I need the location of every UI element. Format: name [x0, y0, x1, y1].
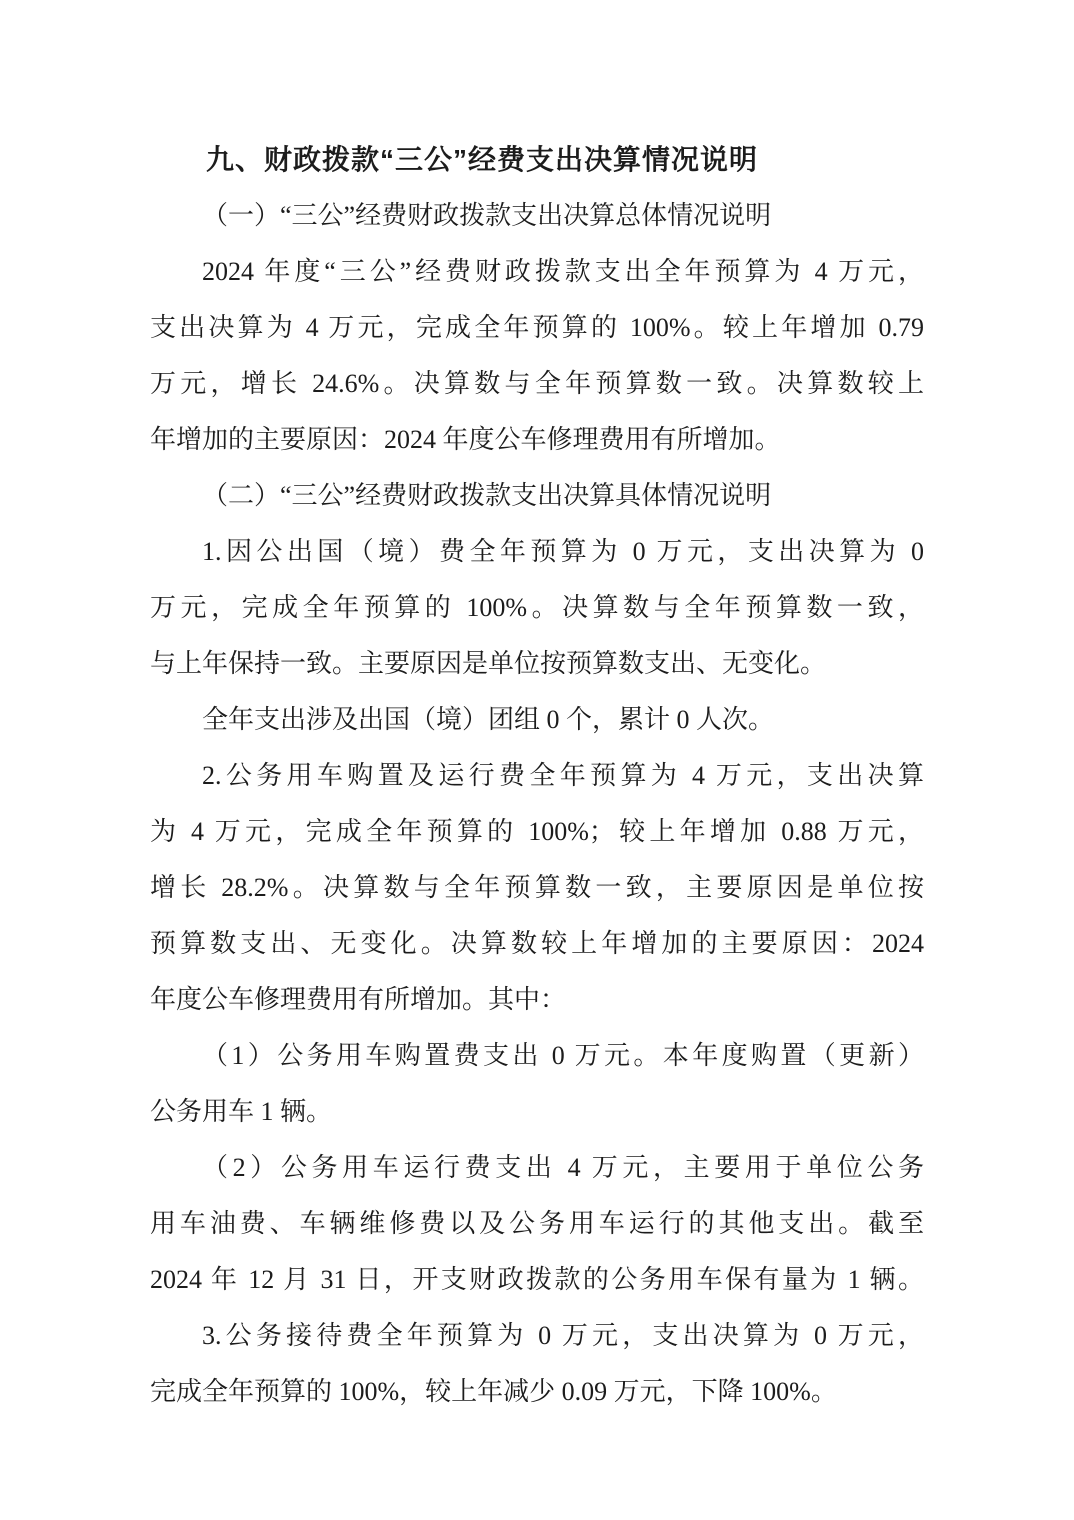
text-line: 年增加的主要原因：2024 年度公车修理费用有所增加。 — [150, 412, 924, 468]
subsection-heading: （一）“三公”经费财政拨款支出决算总体情况说明 — [150, 188, 924, 244]
text-line: （1）公务用车购置费支出 0 万元。本年度购置（更新） — [150, 1028, 924, 1084]
text-line: 用车油费、车辆维修费以及公务用车运行的其他支出。截至 — [150, 1196, 924, 1252]
text-line: 支出决算为 4 万元，完成全年预算的 100%。较上年增加 0.79 — [150, 300, 924, 356]
document-body: 九、财政拨款“三公”经费支出决算情况说明（一）“三公”经费财政拨款支出决算总体情… — [0, 0, 1074, 1420]
text-line: 2024 年 12 月 31 日，开支财政拨款的公务用车保有量为 1 辆。 — [150, 1252, 924, 1308]
text-line: 万元，增长 24.6%。决算数与全年预算数一致。决算数较上 — [150, 356, 924, 412]
section-heading: 九、财政拨款“三公”经费支出决算情况说明 — [150, 132, 924, 188]
text-line: 与上年保持一致。主要原因是单位按预算数支出、无变化。 — [150, 636, 924, 692]
text-line: 全年支出涉及出国（境）团组 0 个，累计 0 人次。 — [150, 692, 924, 748]
text-line: 完成全年预算的 100%，较上年减少 0.09 万元，下降 100%。 — [150, 1364, 924, 1420]
text-line: 增长 28.2%。决算数与全年预算数一致，主要原因是单位按 — [150, 860, 924, 916]
text-line: 预算数支出、无变化。决算数较上年增加的主要原因：2024 — [150, 916, 924, 972]
text-line: 公务用车 1 辆。 — [150, 1084, 924, 1140]
text-line: 3.公务接待费全年预算为 0 万元，支出决算为 0 万元， — [150, 1308, 924, 1364]
text-line: （2）公务用车运行费支出 4 万元，主要用于单位公务 — [150, 1140, 924, 1196]
subsection-heading: （二）“三公”经费财政拨款支出决算具体情况说明 — [150, 468, 924, 524]
text-line: 年度公车修理费用有所增加。其中： — [150, 972, 924, 1028]
text-line: 万元，完成全年预算的 100%。决算数与全年预算数一致， — [150, 580, 924, 636]
text-line: 2024 年度“三公”经费财政拨款支出全年预算为 4 万元， — [150, 244, 924, 300]
text-line: 2.公务用车购置及运行费全年预算为 4 万元，支出决算 — [150, 748, 924, 804]
document-page: 九、财政拨款“三公”经费支出决算情况说明（一）“三公”经费财政拨款支出决算总体情… — [0, 0, 1074, 1520]
text-line: 为 4 万元，完成全年预算的 100%；较上年增加 0.88 万元， — [150, 804, 924, 860]
text-line: 1.因公出国（境）费全年预算为 0 万元，支出决算为 0 — [150, 524, 924, 580]
